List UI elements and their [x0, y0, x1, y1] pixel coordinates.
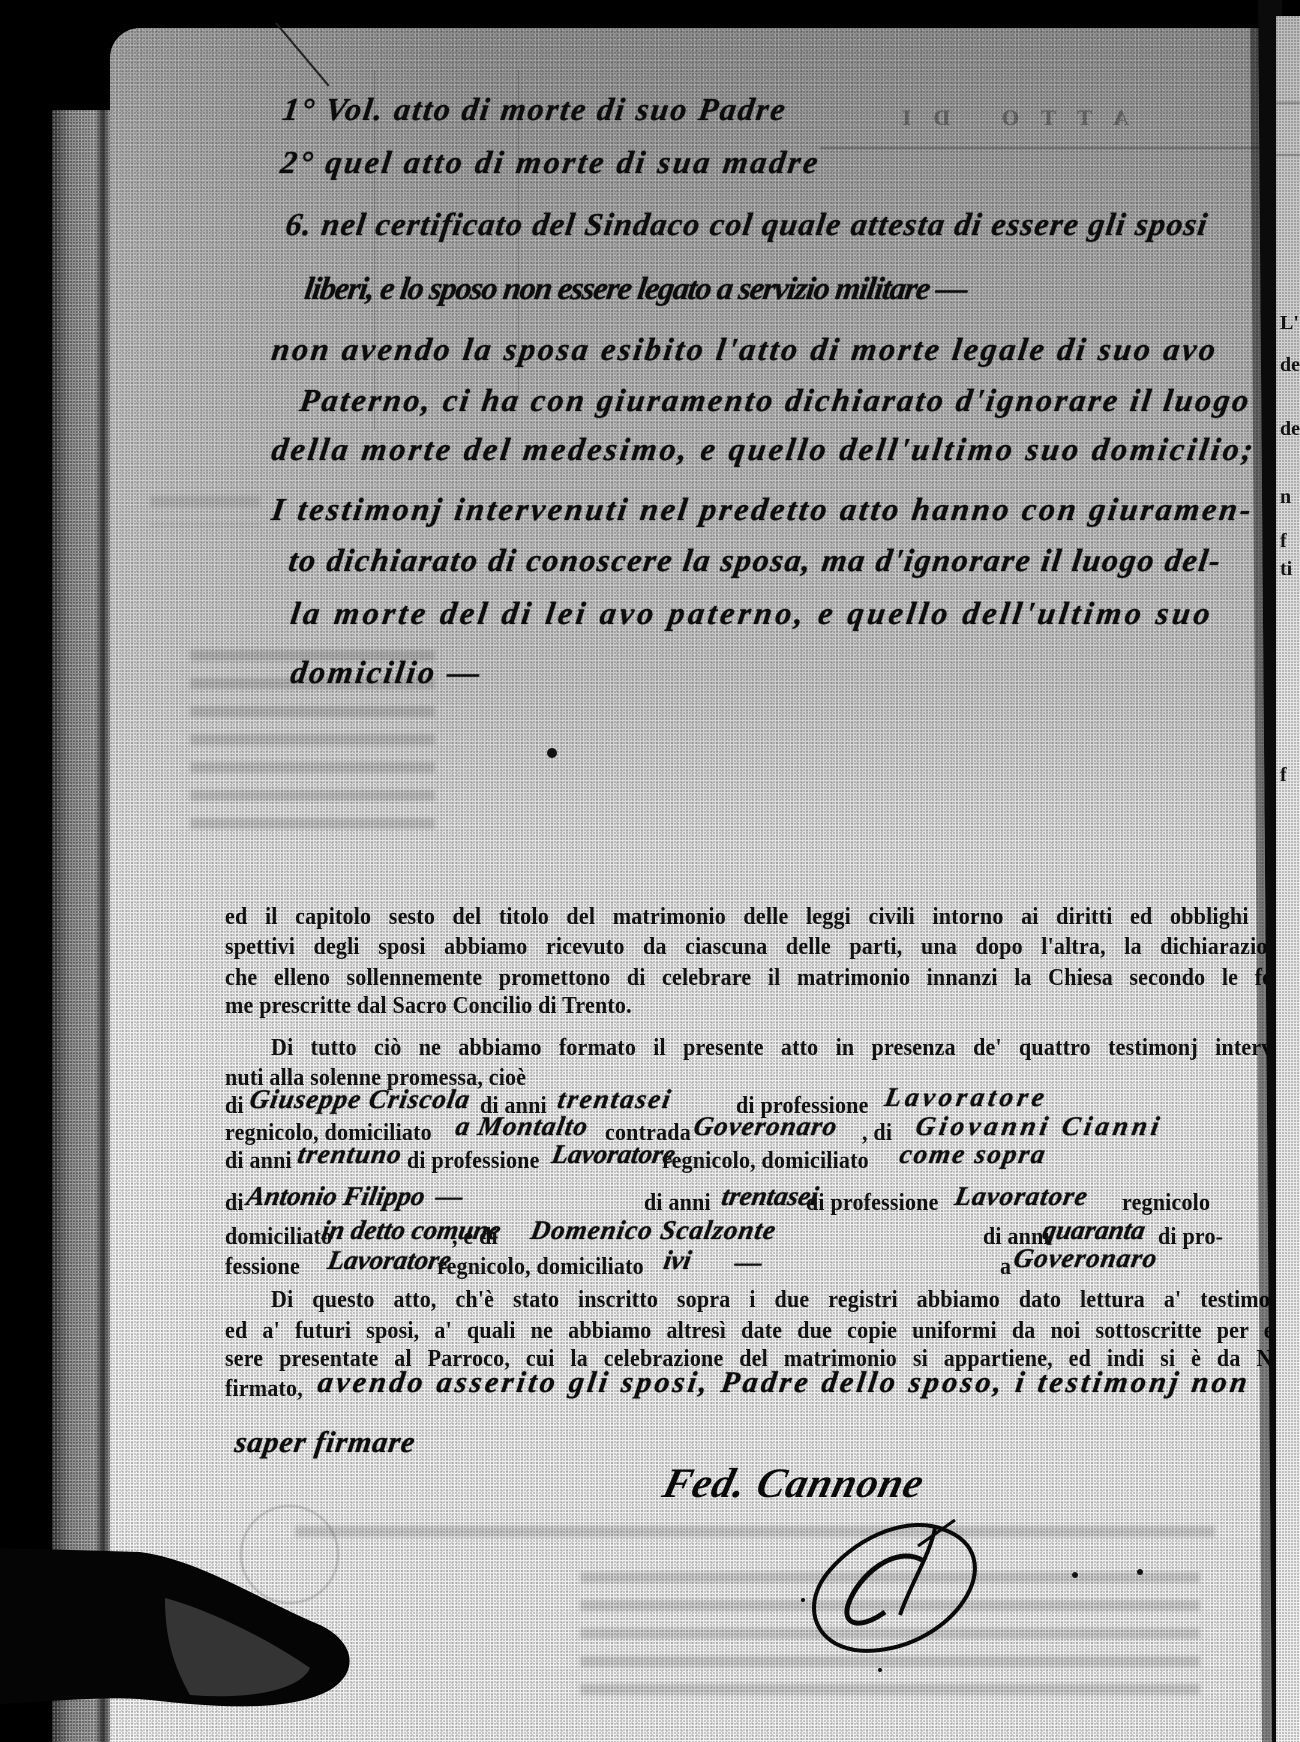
scanned-register-page: ATTO DI 1° Vol. atto di morte di suo Pad…: [0, 0, 1300, 1742]
thumb-silhouette: [0, 0, 1300, 1742]
